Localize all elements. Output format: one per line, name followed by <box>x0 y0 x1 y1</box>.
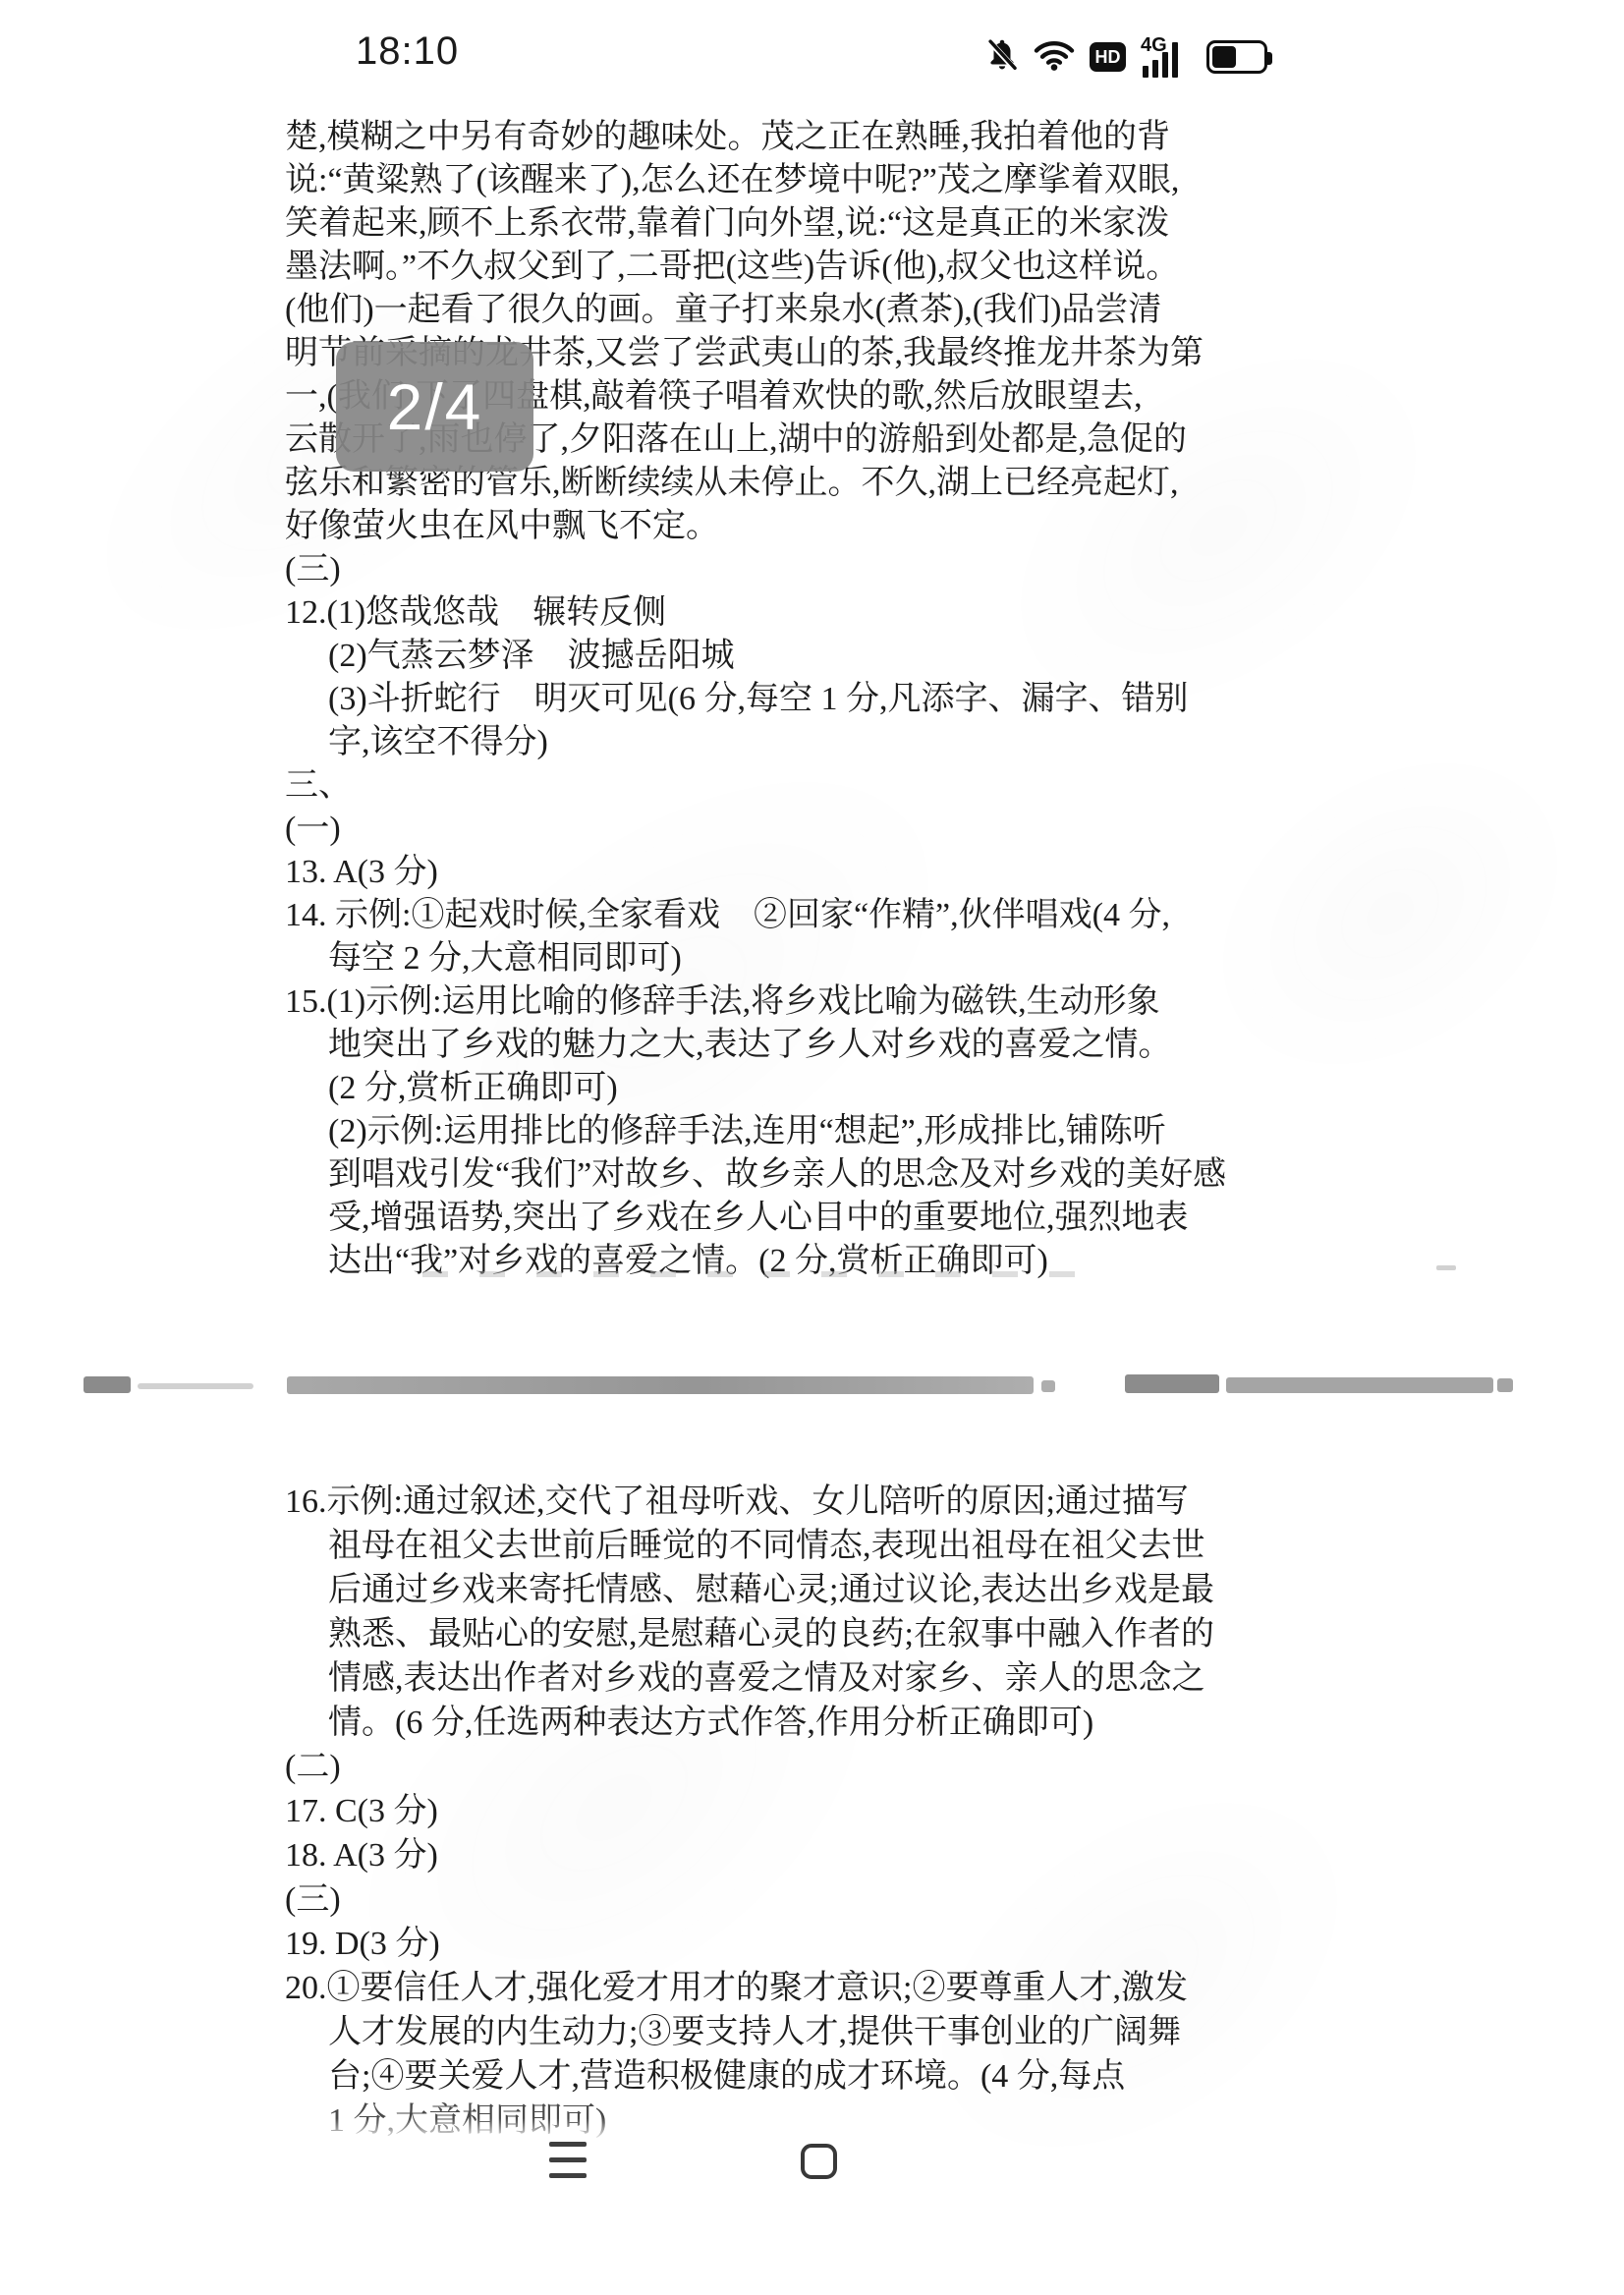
document-line: 楚,模糊之中另有奇妙的趣味处。茂之正在熟睡,我拍着他的背 <box>285 116 1248 159</box>
document-line: 祖母在祖父去世前后睡觉的不同情态,表现出祖母在祖父去世 <box>285 1524 1248 1568</box>
status-icons: HD 4G <box>985 35 1267 79</box>
document-line: 13. A(3 分) <box>285 851 1248 894</box>
document-line: 1 分,大意相同即可) <box>285 2099 1248 2143</box>
document-line: 14. 示例:①起戏时候,全家看戏 ②回家“作精”,伙伴唱戏(4 分, <box>285 894 1248 937</box>
wifi-icon <box>1034 38 1075 76</box>
document-line: 地突出了乡戏的魅力之大,表达了乡人对乡戏的喜爱之情。 <box>285 1024 1248 1067</box>
document-line: (他们)一起看了很久的画。童子打来泉水(煮茶),(我们)品尝清 <box>285 289 1248 332</box>
rounded-square-icon <box>801 2144 837 2179</box>
document-line: 台;④要关爱人才,营造积极健康的成才环境。(4 分,每点 <box>285 2054 1248 2099</box>
page-indicator-label: 2/4 <box>387 369 483 444</box>
document-line: (3)斗折蛇行 明灭可见(6 分,每空 1 分,凡添字、漏字、错别 <box>285 678 1248 721</box>
document-line: 情。(6 分,任选两种表达方式作答,作用分析正确即可) <box>285 1701 1248 1745</box>
scan-artifact-bar <box>138 1383 253 1389</box>
scan-artifact-bar <box>1125 1374 1219 1393</box>
document-line: (三) <box>285 548 1248 591</box>
scan-artifact-bar <box>1497 1378 1513 1392</box>
document-line: 字,该空不得分) <box>285 721 1248 764</box>
document-line: 墨法啊。”不久叔父到了,二哥把(这些)告诉(他),叔父也这样说。 <box>285 246 1248 289</box>
signal-bars-icon <box>1143 42 1178 78</box>
document-line: 后通过乡戏来寄托情感、慰藉心灵;通过议论,表达出乡戏是最 <box>285 1568 1248 1612</box>
document-line: (2)示例:运用排比的修辞手法,连用“想起”,形成排比,铺陈听 <box>285 1110 1248 1153</box>
document-line: 20.①要信任人才,强化爱才用才的聚才意识;②要尊重人才,激发 <box>285 1966 1248 2010</box>
document-line: 好像萤火虫在风中飘飞不定。 <box>285 505 1248 548</box>
scan-artifact-dashes <box>422 1271 1091 1277</box>
document-line: (二) <box>285 1745 1248 1789</box>
status-time: 18:10 <box>356 29 459 73</box>
signal-4g-icon: 4G <box>1141 36 1192 78</box>
hamburger-icon <box>549 2142 587 2147</box>
document-line: 15.(1)示例:运用比喻的修辞手法,将乡戏比喻为磁铁,生动形象 <box>285 980 1248 1024</box>
scan-artifact-bar <box>84 1376 131 1393</box>
scan-artifact-bar <box>1226 1377 1493 1393</box>
document-line: (2 分,赏析正确即可) <box>285 1067 1248 1110</box>
document-line: 受,增强语势,突出了乡戏在乡人心目中的重要地位,强烈地表 <box>285 1197 1248 1240</box>
answer-text-block-2: 16.示例:通过叙述,交代了祖母听戏、女儿陪听的原因;通过描写祖母在祖父去世前后… <box>285 1480 1248 2143</box>
scan-artifact-bar <box>287 1376 1034 1394</box>
document-line: 17. C(3 分) <box>285 1789 1248 1833</box>
document-line: (2)气蒸云梦泽 波撼岳阳城 <box>285 635 1248 678</box>
hd-badge-icon: HD <box>1090 42 1126 72</box>
document-line: 18. A(3 分) <box>285 1833 1248 1877</box>
page-frame-button[interactable] <box>791 2134 846 2189</box>
document-line: 12.(1)悠哉悠哉 辗转反侧 <box>285 591 1248 635</box>
battery-icon <box>1206 40 1267 74</box>
scan-artifact-dash <box>1436 1265 1456 1270</box>
document-line: 每空 2 分,大意相同即可) <box>285 937 1248 980</box>
document-line: 到唱戏引发“我们”对故乡、故乡亲人的思念及对乡戏的美好感 <box>285 1153 1248 1197</box>
page-indicator-badge: 2/4 <box>336 342 533 472</box>
document-line: 熟悉、最贴心的安慰,是慰藉心灵的良药;在叙事中融入作者的 <box>285 1612 1248 1656</box>
document-line: 人才发展的内生动力;③要支持人才,提供干事创业的广阔舞 <box>285 2010 1248 2054</box>
document-line: 三、 <box>285 764 1248 808</box>
document-line: 笑着起来,顾不上系衣带,靠着门向外望,说:“这是真正的米家泼 <box>285 202 1248 246</box>
scan-artifact-bar <box>1041 1380 1055 1392</box>
answer-text-block-1: 楚,模糊之中另有奇妙的趣味处。茂之正在熟睡,我拍着他的背说:“黄粱熟了(该醒来了… <box>285 116 1248 1283</box>
document-line: 19. D(3 分) <box>285 1922 1248 1966</box>
document-line: (一) <box>285 808 1248 851</box>
menu-button[interactable] <box>540 2132 595 2187</box>
document-line: (三) <box>285 1877 1248 1922</box>
document-line: 情感,表达出作者对乡戏的喜爱之情及对家乡、亲人的思念之 <box>285 1656 1248 1701</box>
mute-bell-icon <box>985 34 1019 81</box>
document-line: 说:“黄粱熟了(该醒来了),怎么还在梦境中呢?”茂之摩挲着双眼, <box>285 159 1248 202</box>
document-line: 16.示例:通过叙述,交代了祖母听戏、女儿陪听的原因;通过描写 <box>285 1480 1248 1524</box>
